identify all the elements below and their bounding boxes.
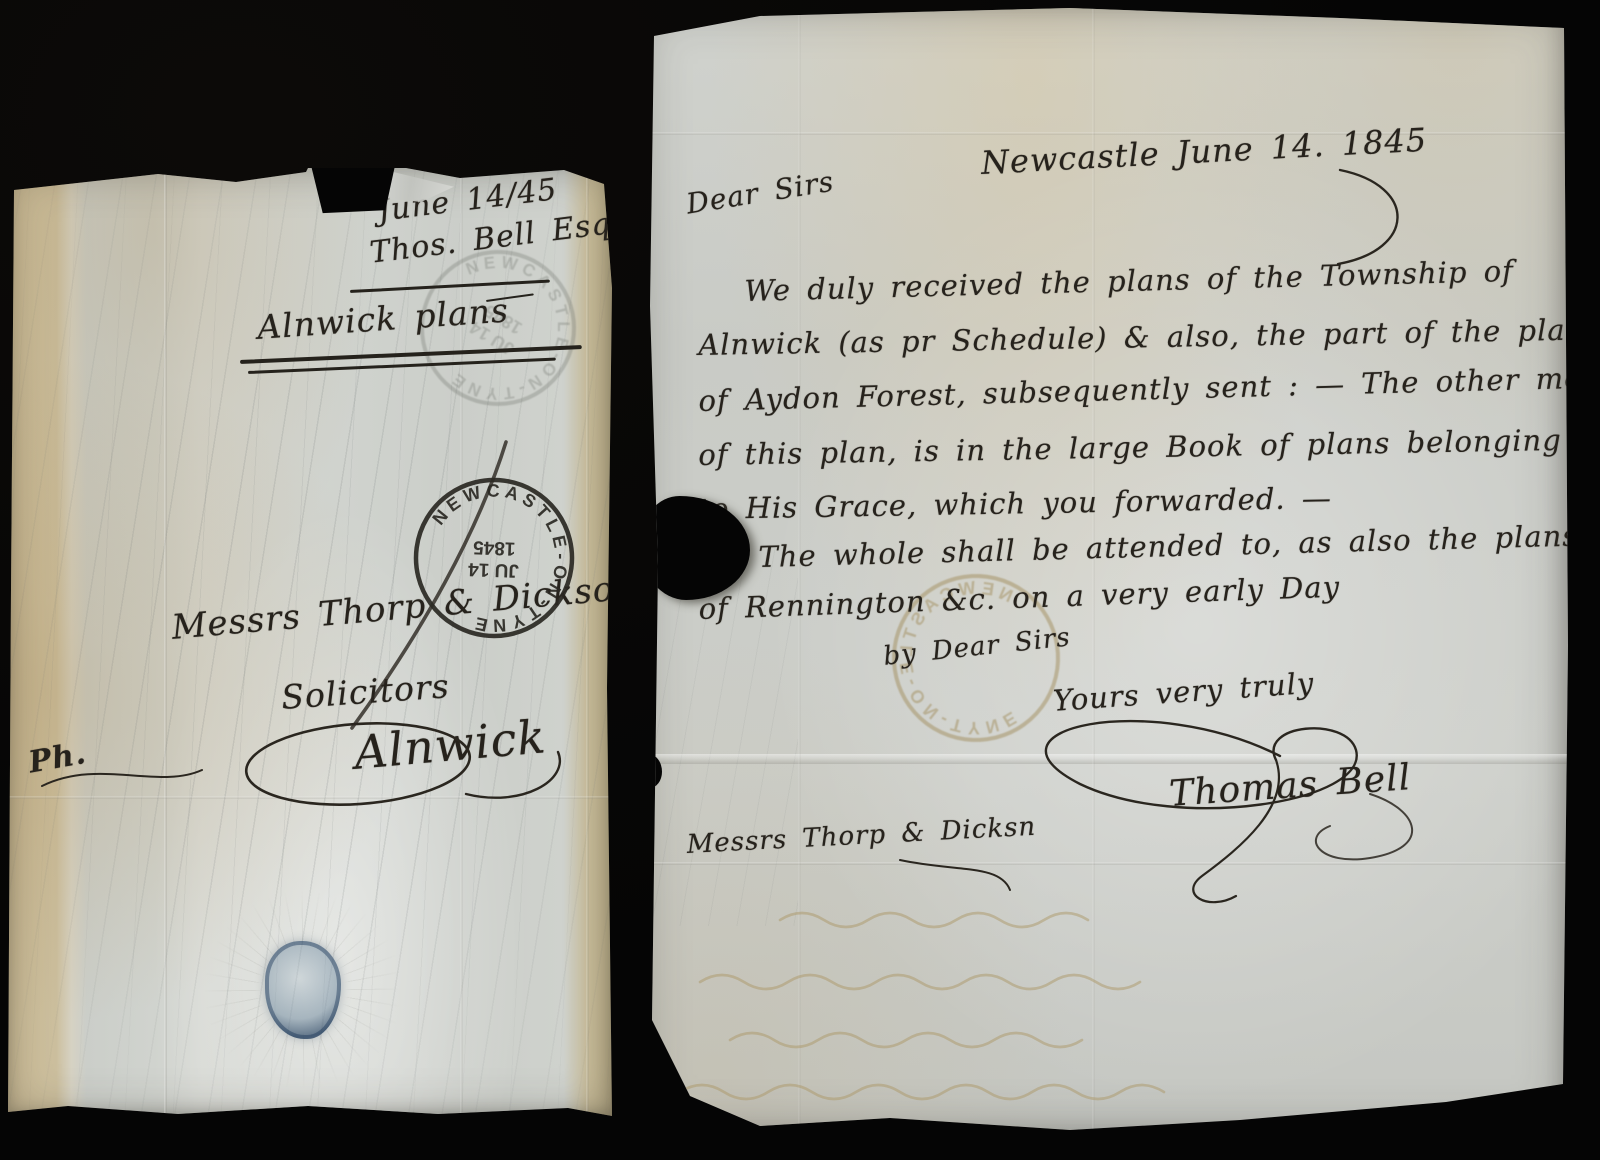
- salutation: Dear Sirs: [684, 165, 836, 221]
- envelope-wrapper: NEWCASTLE-ON-TYNE JU 14 1845 June 14/45 …: [8, 168, 612, 1118]
- paraph-flourish: [38, 756, 208, 796]
- postmark-year: 1845: [472, 536, 515, 558]
- postmark-date: JU 14: [467, 558, 519, 581]
- torn-edge-nick: [636, 754, 662, 788]
- body-line: We duly received the plans of the Townsh…: [744, 254, 1514, 308]
- docket-swash: [896, 846, 1016, 896]
- letter-page: NEWCASTLE-ON-TYNE Newcastle June 14. 184…: [640, 6, 1568, 1132]
- body-line: of this plan, is in the large Book of pl…: [698, 423, 1562, 472]
- blue-wafer-seal: [265, 941, 341, 1039]
- fold-line: [640, 132, 1568, 135]
- body-line: to His Grace, which you forwarded. —: [698, 481, 1332, 526]
- scan-background: NEWCASTLE-ON-TYNE JU 14 1845 June 14/45 …: [0, 0, 1600, 1160]
- bleedthrough-writing: [660, 896, 1540, 1116]
- body-line: The whole shall be attended to, as also …: [758, 519, 1579, 574]
- body-line: of Aydon Forest, subsequently sent : — T…: [698, 359, 1600, 418]
- body-line: Alnwick (as pr Schedule) & also, the par…: [698, 313, 1586, 362]
- fold-line: [164, 168, 167, 1118]
